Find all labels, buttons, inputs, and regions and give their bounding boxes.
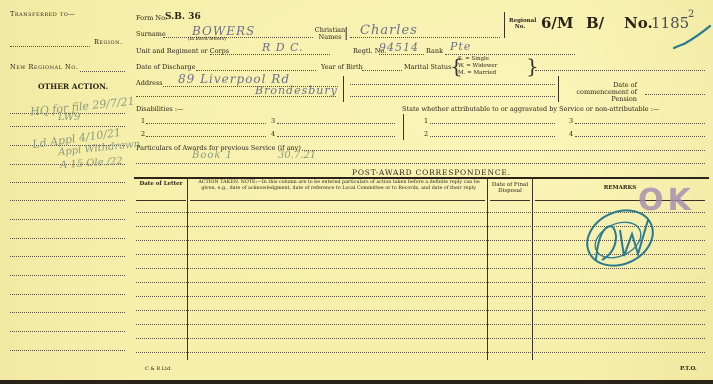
other-action-line (10, 256, 125, 257)
awards-line-2 (136, 163, 705, 164)
table-row[interactable] (136, 352, 705, 353)
attributable-line (575, 123, 705, 124)
awards-line-1 (302, 150, 705, 151)
other-action-line (10, 350, 125, 351)
disability-line (277, 123, 395, 124)
marital-options: S. = Single W. = Widower M. = Married (458, 56, 497, 77)
handwritten-note: A 15 Ole /22 (60, 156, 124, 171)
col-date-of-letter: Date of Letter (137, 181, 185, 187)
marital-option-widower: W. = Widower (458, 63, 497, 70)
discharge-line (196, 70, 316, 71)
divider (403, 114, 404, 140)
printer-mark: C & R Ltd. (145, 366, 172, 372)
address-right-line-2 (350, 96, 555, 97)
header-rule (136, 200, 186, 201)
unit-line (210, 54, 330, 55)
disability-number: 4 (271, 130, 275, 138)
other-action-line (10, 182, 125, 183)
regtl-no-line (379, 54, 424, 55)
attributable-line (430, 123, 555, 124)
marital-option-single: S. = Single (458, 56, 497, 63)
attributable-label: State whether attributable to or aggrava… (402, 105, 659, 113)
regtl-no-value: 94514 (379, 41, 419, 54)
handwritten-note: HQ for file 29/7/21 (30, 95, 136, 119)
table-row[interactable] (136, 310, 705, 311)
region-label: Region. (94, 38, 123, 46)
christian-names-value: Charles (360, 23, 418, 38)
disabilities-label: Disabilities :— (136, 105, 184, 113)
rank-value: Pte (450, 40, 471, 53)
handwritten-note: LW9 (58, 112, 80, 123)
other-action-line (10, 200, 125, 201)
marital-status-line (535, 70, 705, 71)
table-row[interactable] (136, 324, 705, 325)
other-action-line (10, 294, 125, 295)
divider (504, 12, 505, 38)
disability-line (277, 136, 395, 137)
discharge-label: Date of Discharge (136, 63, 195, 71)
year-of-birth-line (362, 70, 402, 71)
awards-handwritten: Book 1 (192, 150, 233, 161)
correspondence-title: POST-AWARD CORRESPONDENCE. (352, 168, 511, 177)
disability-line (146, 123, 266, 124)
new-regional-no-line (80, 71, 125, 72)
surname-label: Surname (136, 30, 166, 38)
rank-label: Rank (426, 47, 443, 55)
other-action-line (10, 331, 125, 332)
unit-value: R D C. (262, 41, 304, 54)
address-line2-value: Brondesbury (255, 84, 338, 97)
header-rule (190, 200, 485, 201)
regional-no-label: Regional No. (509, 18, 531, 30)
attributable-line (575, 136, 705, 137)
col-action-taken: ACTION TAKEN. NOTE:—In this column are t… (193, 180, 485, 191)
pension-record-card: Transferred to— Region. New Regional No.… (0, 0, 713, 380)
attributable-line (430, 136, 555, 137)
other-action-line (10, 238, 125, 239)
attributable-number: 1 (424, 117, 428, 125)
disability-number: 1 (141, 117, 145, 125)
pension-commence-label: Date of commencement of Pension (565, 82, 637, 103)
regional-prefix: 6/M (541, 14, 574, 32)
table-row[interactable] (136, 282, 705, 283)
other-action-line (10, 275, 125, 276)
initials-stamp-icon (576, 200, 666, 280)
pension-commence-line (645, 94, 705, 95)
checkmark-icon (670, 22, 713, 52)
awards-handwritten-date: 30.7.21 (278, 150, 316, 161)
surname-value: BOWERS (192, 24, 255, 38)
form-no-label: Form No. (136, 14, 167, 22)
regional-letter: B/ (586, 14, 604, 32)
col-date-final-disposal: Date of Final Disposal (490, 182, 530, 194)
address-right-line-1 (350, 84, 555, 85)
form-no-value: S.B. 36 (165, 12, 201, 22)
disability-number: 3 (271, 117, 275, 125)
number-suffix: 2 (688, 9, 694, 20)
divider (343, 76, 344, 102)
attributable-number: 3 (569, 117, 573, 125)
transferred-to-label: Transferred to— (10, 10, 75, 18)
brace: | (344, 26, 348, 41)
table-row[interactable] (136, 296, 705, 297)
divider (558, 76, 559, 102)
other-action-line (10, 219, 125, 220)
attributable-number: 4 (569, 130, 573, 138)
attributable-number: 2 (424, 130, 428, 138)
marital-option-married: M. = Married (458, 70, 497, 77)
other-action-heading: OTHER ACTION. (38, 82, 108, 91)
table-row[interactable] (136, 338, 705, 339)
rank-line (445, 54, 575, 55)
brace: } (526, 56, 539, 76)
table-top-rule (134, 177, 709, 179)
number-label: No. (624, 14, 653, 32)
disability-number: 2 (141, 130, 145, 138)
pto-label: P.T.O. (680, 366, 697, 372)
marital-status-label: Marital Status (404, 63, 451, 71)
year-of-birth-label: Year of Birth (321, 63, 363, 71)
new-regional-no-label: New Regional No. (10, 63, 78, 71)
disability-line (146, 136, 266, 137)
address-label: Address (136, 79, 163, 87)
transferred-to-line (10, 46, 90, 47)
other-action-line (10, 312, 125, 313)
header-rule (490, 200, 530, 201)
